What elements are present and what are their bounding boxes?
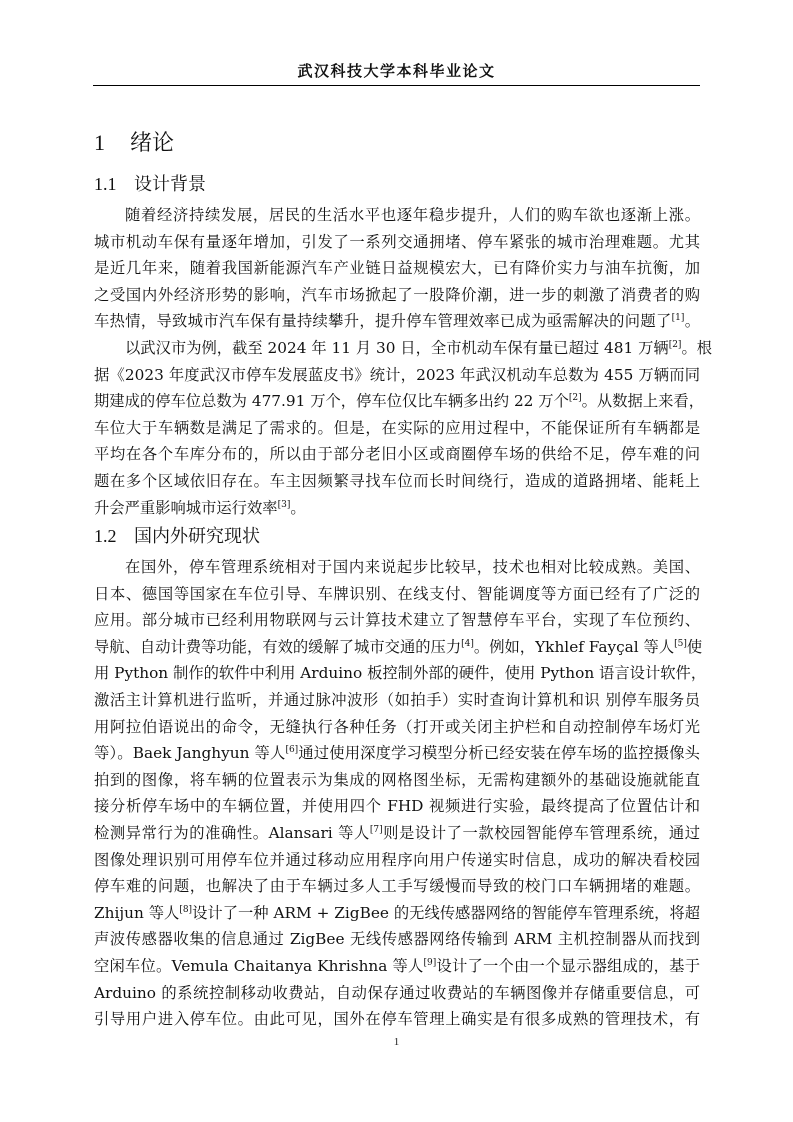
text-segment: 使 [687, 638, 702, 656]
section-heading-1-1: 1.1设计背景 [94, 170, 206, 196]
section-number: 1.1 [94, 174, 134, 195]
text-line: 用阿拉伯语说出的命令，无缝执行各种任务（打开或关闭主护栏和自动控制停车场灯光 [94, 714, 700, 741]
text-segment: 。例如，Ykhlef Fayçal 等人 [474, 638, 674, 656]
text-line: 声波传感器收集的信息通过 ZigBee 无线传感器网络传输到 ARM 主机控制器… [94, 926, 700, 953]
citation-ref: [4] [461, 639, 474, 649]
text-line: 据《2023 年度武汉市停车发展蓝皮书》统计，2023 年武汉机动车总数为 45… [94, 362, 700, 389]
paragraph-background-2: 以武汉市为例，截至 2024 年 11 月 30 日，全市机动车保有量已超过 4… [94, 335, 700, 521]
text-segment: 则是设计了一款校园智能停车管理系统，通过 [383, 824, 700, 842]
text-segment: 车热情，导致城市汽车保有量持续攀升，提升停车管理效率已成为亟需解决的问题了 [94, 312, 672, 330]
document-page: 武汉科技大学本科毕业论文 1绪论 1.1设计背景 随着经济持续发展，居民的生活水… [0, 0, 793, 1122]
text-line: 升会严重影响城市运行效率[3]。 [94, 495, 700, 522]
paragraph-research-status: 在国外，停车管理系统相对于国内来说起步比较早，技术也相对比较成熟。美国、 日本、… [94, 554, 700, 1033]
text-line: 是近几年来，随着我国新能源汽车产业链日益规模宏大，已有降价实力与油车抗衡，加 [94, 255, 700, 282]
text-line: 随着经济持续发展，居民的生活水平也逐年稳步提升，人们的购车欲也逐渐上涨。 [94, 202, 700, 229]
text-line: 导航、自动计费等功能，有效的缓解了城市交通的压力[4]。例如，Ykhlef Fa… [94, 634, 700, 661]
running-header: 武汉科技大学本科毕业论文 [93, 60, 700, 81]
chapter-heading: 1绪论 [94, 126, 174, 157]
text-line: 图像处理识别可用停车位并通过移动应用程序向用户传递实时信息，成功的解决看校园 [94, 847, 700, 874]
text-line: 接分析停车场中的车辆位置，并使用四个 FHD 视频进行实验，最终提高了位置估计和 [94, 793, 700, 820]
text-segment: 升会严重影响城市运行效率 [94, 499, 278, 517]
text-line: 以武汉市为例，截至 2024 年 11 月 30 日，全市机动车保有量已超过 4… [94, 335, 700, 362]
text-line: 等）。Baek Janghyun 等人[6]通过使用深度学习模型分析已经安装在停… [94, 740, 700, 767]
text-segment: Zhijun 等人 [94, 904, 179, 922]
section-number: 1.2 [94, 526, 134, 547]
text-line: Zhijun 等人[8]设计了一种 ARM + ZigBee 的无线传感器网络的… [94, 900, 700, 927]
text-line: Arduino 的系统控制移动收费站，自动保存通过收费站的车辆图像并存储重要信息… [94, 980, 700, 1007]
citation-ref: [2] [669, 340, 682, 350]
text-line: 在国外，停车管理系统相对于国内来说起步比较早，技术也相对比较成熟。美国、 [94, 554, 700, 581]
citation-ref: [5] [674, 639, 687, 649]
page-number: 1 [0, 1036, 793, 1048]
citation-ref: [6] [285, 745, 298, 755]
citation-ref: [2] [569, 393, 582, 403]
text-segment: 。从数据上来看， [582, 392, 704, 410]
text-segment: 检测异常行为的准确性。Alansari 等人 [94, 824, 370, 842]
text-segment: 空闲车位。Vemula Chaitanya Khrishna 等人 [94, 957, 424, 975]
text-line: 平均在各个车库分布的，所以由于部分老旧小区或商圈停车场的供给不足，停车难的问 [94, 441, 700, 468]
text-segment: 期建成的停车位总数为 477.91 万个，停车位仅比车辆多出约 22 万个 [94, 392, 569, 410]
text-segment: 。 [290, 499, 305, 517]
text-segment: 。根 [681, 339, 712, 357]
text-line: 检测异常行为的准确性。Alansari 等人[7]则是设计了一款校园智能停车管理… [94, 820, 700, 847]
citation-ref: [7] [370, 825, 383, 835]
text-segment: 设计了一种 ARM + ZigBee 的无线传感器网络的智能停车管理系统，将超 [192, 904, 700, 922]
text-line: 应用。部分城市已经利用物联网与云计算技术建立了智慧停车平台，实现了车位预约、 [94, 607, 700, 634]
text-line: 拍到的图像，将车辆的位置表示为集成的网格图坐标，无需构建额外的基础设施就能直 [94, 767, 700, 794]
citation-ref: [8] [179, 905, 192, 915]
header-rule [93, 85, 700, 86]
text-line: 车热情，导致城市汽车保有量持续攀升，提升停车管理效率已成为亟需解决的问题了[1]… [94, 308, 700, 335]
citation-ref: [3] [278, 500, 291, 510]
chapter-title: 绪论 [130, 131, 174, 156]
citation-ref: [1] [672, 313, 685, 323]
section-heading-1-2: 1.2国内外研究现状 [94, 522, 260, 548]
chapter-number: 1 [94, 130, 130, 156]
text-segment: 通过使用深度学习模型分析已经安装在停车场的监控摄像头 [298, 744, 700, 762]
text-segment: 等）。Baek Janghyun 等人 [94, 744, 285, 762]
text-line: 题在多个区域依旧存在。车主因频繁寻找车位而长时间绕行，造成的道路拥堵、能耗上 [94, 468, 700, 495]
text-segment: 。 [684, 312, 700, 330]
section-title: 设计背景 [134, 174, 206, 195]
text-segment: 导航、自动计费等功能，有效的缓解了城市交通的压力 [94, 638, 461, 656]
paragraph-background-1: 随着经济持续发展，居民的生活水平也逐年稳步提升，人们的购车欲也逐渐上涨。 城市机… [94, 202, 700, 335]
text-line: 期建成的停车位总数为 477.91 万个，停车位仅比车辆多出约 22 万个[2]… [94, 388, 700, 415]
text-line: 车位大于车辆数是满足了需求的。但是，在实际的应用过程中，不能保证所有车辆都是 [94, 415, 700, 442]
citation-ref: [9] [424, 958, 437, 968]
text-segment: 设计了一个由一个显示器组成的，基于 [436, 957, 700, 975]
text-line: 引导用户进入停车位。由此可见，国外在停车管理上确实是有很多成熟的管理技术，有 [94, 1006, 700, 1033]
text-line: 空闲车位。Vemula Chaitanya Khrishna 等人[9]设计了一… [94, 953, 700, 980]
text-line: 用 Python 制作的软件中利用 Arduino 板控制外部的硬件，使用 Py… [94, 660, 700, 687]
text-line: 之受国内外经济形势的影响，汽车市场掀起了一股降价潮，进一步的刺激了消费者的购 [94, 282, 700, 309]
text-segment: 以武汉市为例，截至 2024 年 11 月 30 日，全市机动车保有量已超过 4… [125, 339, 669, 357]
section-title: 国内外研究现状 [134, 526, 260, 547]
text-line: 激活主计算机进行监听，并通过脉冲波形（如拍手）实时查询计算机和识 别停车服务员 [94, 687, 700, 714]
text-line: 停车难的问题，也解决了由于车辆过多人工手写缓慢而导致的校门口车辆拥堵的难题。 [94, 873, 700, 900]
text-line: 城市机动车保有量逐年增加，引发了一系列交通拥堵、停车紧张的城市治理难题。尤其 [94, 229, 700, 256]
text-line: 日本、德国等国家在车位引导、车牌识别、在线支付、智能调度等方面已经有了广泛的 [94, 581, 700, 608]
